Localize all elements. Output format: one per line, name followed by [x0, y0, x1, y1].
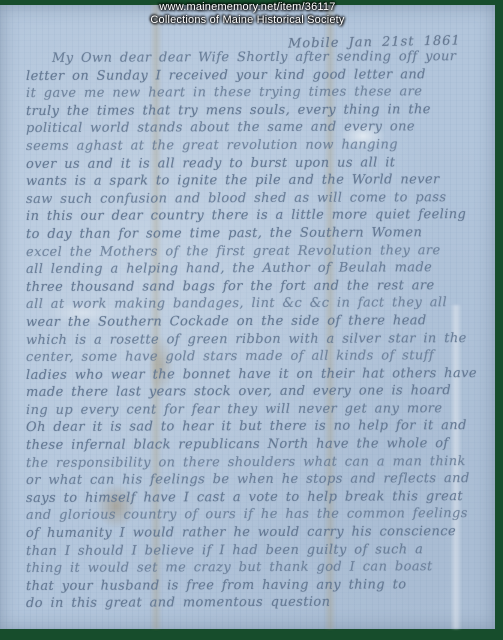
caption-url: www.mainememory.net/item/36117 — [0, 1, 495, 14]
letter-line: do in this great and momentous question — [26, 594, 479, 614]
letter-line: to day than for some time past, the Sout… — [26, 225, 479, 245]
letter-line: all lending a helping hand, the Author o… — [26, 260, 479, 280]
letter-line: the responsibility on there shoulders wh… — [26, 454, 479, 474]
letter-line: center, some have gold stars made of all… — [26, 348, 479, 368]
letter-body: My Own dear dear Wife Shortly after send… — [26, 51, 479, 614]
letter-line: and glorious country of ours if he has t… — [26, 506, 479, 526]
caption-collection: Collections of Maine Historical Society — [0, 14, 495, 27]
letter-line: it gave me new heart in these trying tim… — [26, 84, 479, 104]
letter-paper: Mobile Jan 21st 1861 My Own dear dear Wi… — [0, 5, 495, 629]
letter-line: Oh dear it is sad to hear it but there i… — [26, 418, 479, 438]
overlay-caption: www.mainememory.net/item/36117 Collectio… — [0, 1, 495, 27]
letter-line: wants is a spark to ignite the pile and … — [26, 172, 479, 192]
letter-line: all at work making bandages, lint &c &c … — [26, 295, 479, 315]
letter-line: letter on Sunday I received your kind go… — [26, 67, 479, 87]
letter-line: than I should I believe if I had been gu… — [26, 542, 479, 562]
letter-line: wear the Southern Cockade on the side of… — [26, 313, 479, 333]
letter-line: excel the Mothers of the first great Rev… — [26, 243, 479, 263]
letter-line: seems aghast at the great revolution now… — [26, 137, 479, 157]
letter-line: made there last years stock over, and ev… — [26, 383, 479, 403]
letter-line: thing it would set me crazy but thank go… — [26, 559, 479, 579]
letter-line: political world stands about the same an… — [26, 119, 479, 139]
letter-line: these infernal black republicans North h… — [26, 436, 479, 456]
letter-line: of humanity I would rather he would carr… — [26, 524, 479, 544]
letter-line: in this our dear country there is a litt… — [26, 207, 479, 227]
letter-line: My Own dear dear Wife Shortly after send… — [26, 49, 479, 69]
letter-line: over us and it is all ready to burst upo… — [26, 155, 479, 175]
photo-frame: Mobile Jan 21st 1861 My Own dear dear Wi… — [0, 0, 503, 640]
letter-line: which is a rosette of green ribbon with … — [26, 331, 479, 351]
letter-line: or what can his feelings be when he stop… — [26, 471, 479, 491]
